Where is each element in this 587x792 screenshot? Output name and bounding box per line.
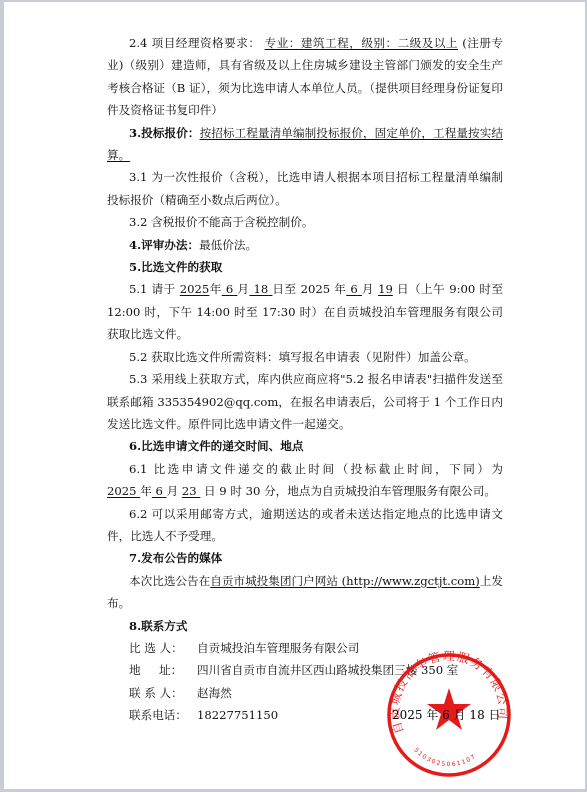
start-day: 18 xyxy=(254,282,269,296)
section-4-title: 4.评审办法： xyxy=(129,238,199,252)
start-month: 6 xyxy=(226,282,233,296)
section-5-2: 5.2 获取比选文件所需资料：填写报名申请表（见附件）加盖公章。 xyxy=(107,346,503,368)
section-2-4-requirement: 专业：建筑工程，级别：二级及以上 xyxy=(265,36,458,50)
end-day: 19 xyxy=(378,282,393,296)
section-8-title: 8.联系方式 xyxy=(107,615,503,637)
contact-label: 联系电话： xyxy=(129,704,197,726)
website-link[interactable]: 自贡市城投集团门户网站 (http://www.zgctjt.com) xyxy=(210,574,480,588)
text: 年 xyxy=(140,484,152,498)
contact-label: 地 址： xyxy=(129,659,197,681)
text: 日至 2025 年 xyxy=(272,282,346,296)
text: 6.1 比选申请文件递交的截止时间（投标截止时间，下同）为 xyxy=(129,462,503,476)
start-year: 2025 xyxy=(180,282,210,296)
text: 年 xyxy=(209,282,221,296)
seal-code: 5103025061107 xyxy=(412,747,477,769)
section-6-1: 6.1 比选申请文件递交的截止时间（投标截止时间，下同）为 2025 年 6 月… xyxy=(107,458,503,503)
text: 5.1 请于 xyxy=(129,282,176,296)
section-5-3: 5.3 采用线上获取方式，库内供应商应将"5.2 报名申请表"扫描件发送至联系邮… xyxy=(107,368,503,435)
section-5-title: 5.比选文件的获取 xyxy=(107,256,503,278)
section-5-1: 5.1 请于 2025年 6 月 18 日至 2025 年 6 月 19 日（上… xyxy=(107,278,503,345)
section-4: 4.评审办法：最低价法。 xyxy=(107,234,503,256)
section-4-text: 最低价法。 xyxy=(199,238,257,252)
end-month: 6 xyxy=(350,282,357,296)
text: 月 xyxy=(237,282,249,296)
section-3-2: 3.2 含税报价不能高于含税控制价。 xyxy=(107,211,503,233)
section-3-heading: 3.投标报价：按招标工程量清单编制投标报价，固定单价，工程量按实结算。 xyxy=(107,122,503,167)
document-body: 2.4 项目经理资格要求： 专业：建筑工程，级别：二级及以上 (注册专业)（级别… xyxy=(107,32,503,727)
contact-value: 18227751150 xyxy=(197,704,278,726)
section-6-title: 6.比选申请文件的递交时间、地点 xyxy=(107,435,503,457)
contact-value: 自贡城投泊车管理服务有限公司 xyxy=(197,637,359,659)
text: 日 9 时 30 分，地点为自贡城投泊车管理服务有限公司。 xyxy=(204,484,496,498)
seal-date: 2025 年 6 月 18 日 xyxy=(392,706,501,723)
document-page: 2.4 项目经理资格要求： 专业：建筑工程，级别：二级及以上 (注册专业)（级别… xyxy=(4,2,585,789)
section-3-title: 3.投标报价： xyxy=(129,126,200,140)
contact-value: 赵海然 xyxy=(197,682,232,704)
deadline-day: 23 xyxy=(182,484,197,498)
section-6-2: 6.2 可以采用邮寄方式，逾期送达的或者未送达指定地点的比选申请文件，比选人不予… xyxy=(107,503,503,548)
text: 月 xyxy=(362,282,374,296)
section-7-text: 本次比选公告在自贡市城投集团门户网站 (http://www.zgctjt.co… xyxy=(107,570,503,615)
text: 本次比选公告在 xyxy=(129,574,210,588)
section-2-4-prefix: 2.4 项目经理资格要求： xyxy=(129,36,260,50)
svg-text:5103025061107: 5103025061107 xyxy=(412,747,477,769)
section-3-1: 3.1 为一次性报价（含税），比选申请人根据本项目招标工程量清单编制投标报价（精… xyxy=(107,166,503,211)
deadline-month: 6 xyxy=(156,484,163,498)
deadline-year: 2025 xyxy=(107,484,137,498)
section-7-title: 7.发布公告的媒体 xyxy=(107,547,503,569)
contact-label: 联 系 人： xyxy=(129,682,197,704)
contact-label: 比 选 人： xyxy=(129,637,197,659)
section-2-4: 2.4 项目经理资格要求： 专业：建筑工程，级别：二级及以上 (注册专业)（级别… xyxy=(107,32,503,122)
text: 月 xyxy=(167,484,179,498)
